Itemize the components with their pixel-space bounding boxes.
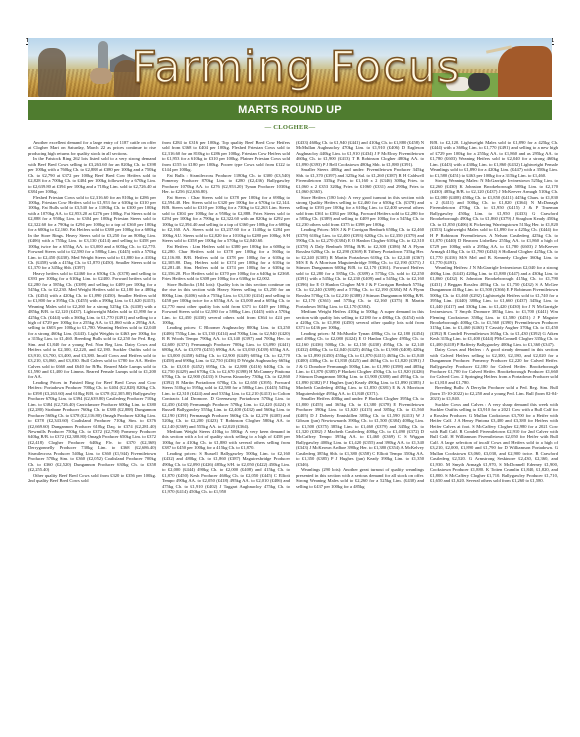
paragraph: Weanling Heifers: J N McGarrigle Irvines… (430, 265, 558, 347)
section-banner: MARTS ROUND UP (28, 100, 552, 120)
article-column-1: Another excellent demand for a large ent… (28, 140, 156, 641)
paragraph: B/B. to £2,120. Lightweight Males sold t… (430, 140, 558, 178)
paragraph: Strong Weaning Males: N McGarrigle Irvin… (430, 178, 558, 265)
paragraph: In the Fatstock Ring 262 lots listed sol… (28, 156, 156, 194)
paragraph: Fat Steers : Char Steers sold to £378 pe… (162, 195, 290, 244)
section-title: MARTS ROUND UP (238, 104, 342, 116)
paragraph: Smaller Steers 400kg and under: Fivemile… (296, 167, 424, 194)
silo-graphic (98, 41, 108, 71)
mart-subheading: — CLOGHER— (0, 124, 580, 131)
paragraph: Store Heifers (180 lots): A very good tu… (296, 195, 424, 228)
article-column-4: B/B. to £2,120. Lightweight Males sold t… (430, 140, 558, 641)
paragraph: Leading prices: C Bloomer Aughnacloy 800… (162, 325, 290, 429)
paragraph: Dairy Cows and Heifers : A good steady d… (430, 347, 558, 385)
paragraph: Leading prices: S Russell Ballygawley 50… (162, 451, 290, 495)
paragraph: Fat Heifers : Lim Heifers sold to £380 p… (162, 244, 290, 282)
article-body: Another excellent demand for a large ent… (28, 140, 558, 641)
paragraph: Suckler Cows and Calves : A very sharp d… (430, 402, 558, 484)
paragraph: Other quality Beef Bred Cows sold from £… (28, 473, 156, 484)
highland-cow-photo (498, 46, 552, 97)
paragraph: Smaller Heifers 400kg and under: P Hacke… (296, 396, 424, 467)
paragraph: Weanlings (290 lots): Another great turn… (296, 467, 424, 489)
black-sheep-photo (468, 73, 490, 91)
paragraph: Heavy heifers sold to £2460 for a 650kg … (28, 271, 156, 380)
paragraph: Leading Prices in Fatsted Ring for Beef … (28, 380, 156, 473)
paragraph: Medium Weight Steers 410kg to 500kg: A v… (162, 429, 290, 451)
paragraph: Breeding Bulls: A Derrylin Producer sold… (430, 385, 558, 401)
article-column-2: from £284 to £316 per 100kg. Top quality… (162, 140, 290, 641)
paragraph: Leading Prices: M/S J & P Corrigan Benbu… (296, 227, 424, 309)
article-column-3: (£433) 460kg Ch. to £1,940 (£441) and 41… (296, 140, 424, 641)
farming-focus-masthead: Farming Focus (28, 38, 552, 97)
paragraph: Store Bullocks (184 lots): Quality lots … (162, 282, 290, 326)
paragraph: Leading prices: M McMurdie Tynan 480kg C… (296, 331, 424, 396)
paragraph: Another excellent demand for a large ent… (28, 140, 156, 156)
paragraph: Fat Bulls : Sixmilecross Producer 1180kg… (162, 173, 290, 195)
farmer-photo (38, 48, 66, 97)
paragraph: (£433) 460kg Ch. to £1,940 (£441) and 41… (296, 140, 424, 167)
calf-photo (90, 68, 112, 84)
paragraph: Medium Weight Heifers 410kg to 500kg: A … (296, 309, 424, 331)
paragraph: Fleshed Friesian Cows sold to £2,316.60 … (28, 195, 156, 271)
paragraph: from £284 to £316 per 100kg. Top quality… (162, 140, 290, 173)
masthead-title: Farming Focus (146, 38, 446, 97)
